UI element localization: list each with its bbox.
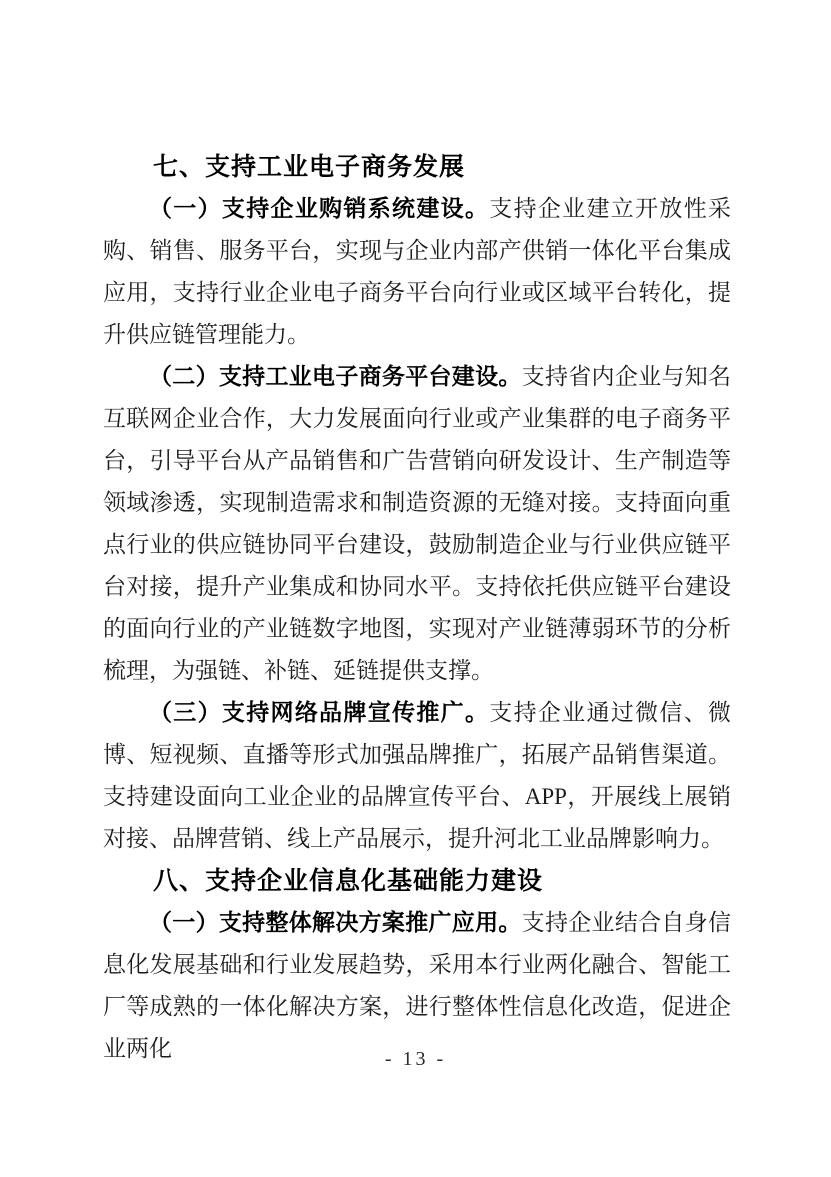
paragraph-7-2-lead: （二）支持工业电子商务平台建设。 <box>149 364 522 389</box>
paragraph-8-1: （一）支持整体解决方案推广应用。支持企业结合自身信息化发展基础和行业发展趋势，采… <box>103 902 731 1070</box>
paragraph-7-3-lead: （三）支持网络品牌宣传推广。 <box>149 700 489 725</box>
document-page: 七、支持工业电子商务发展 （一）支持企业购销系统建设。支持企业建立开放性采购、销… <box>0 0 831 1177</box>
paragraph-7-1-lead: （一）支持企业购销系统建设。 <box>149 196 489 221</box>
paragraph-7-2-body: 支持省内企业与知名互联网企业合作，大力发展面向行业或产业集群的电子商务平台，引导… <box>103 364 731 683</box>
section-heading-7: 七、支持工业电子商务发展 <box>103 146 731 188</box>
document-content: 七、支持工业电子商务发展 （一）支持企业购销系统建设。支持企业建立开放性采购、销… <box>103 146 731 1070</box>
section-heading-8: 八、支持企业信息化基础能力建设 <box>103 860 731 902</box>
paragraph-7-1: （一）支持企业购销系统建设。支持企业建立开放性采购、销售、服务平台，实现与企业内… <box>103 188 731 356</box>
paragraph-7-3: （三）支持网络品牌宣传推广。支持企业通过微信、微博、短视频、直播等形式加强品牌推… <box>103 692 731 860</box>
page-number: - 13 - <box>385 1048 446 1070</box>
paragraph-7-2: （二）支持工业电子商务平台建设。支持省内企业与知名互联网企业合作，大力发展面向行… <box>103 356 731 692</box>
page-footer: - 13 - <box>0 1048 831 1071</box>
paragraph-8-1-lead: （一）支持整体解决方案推广应用。 <box>149 910 522 935</box>
